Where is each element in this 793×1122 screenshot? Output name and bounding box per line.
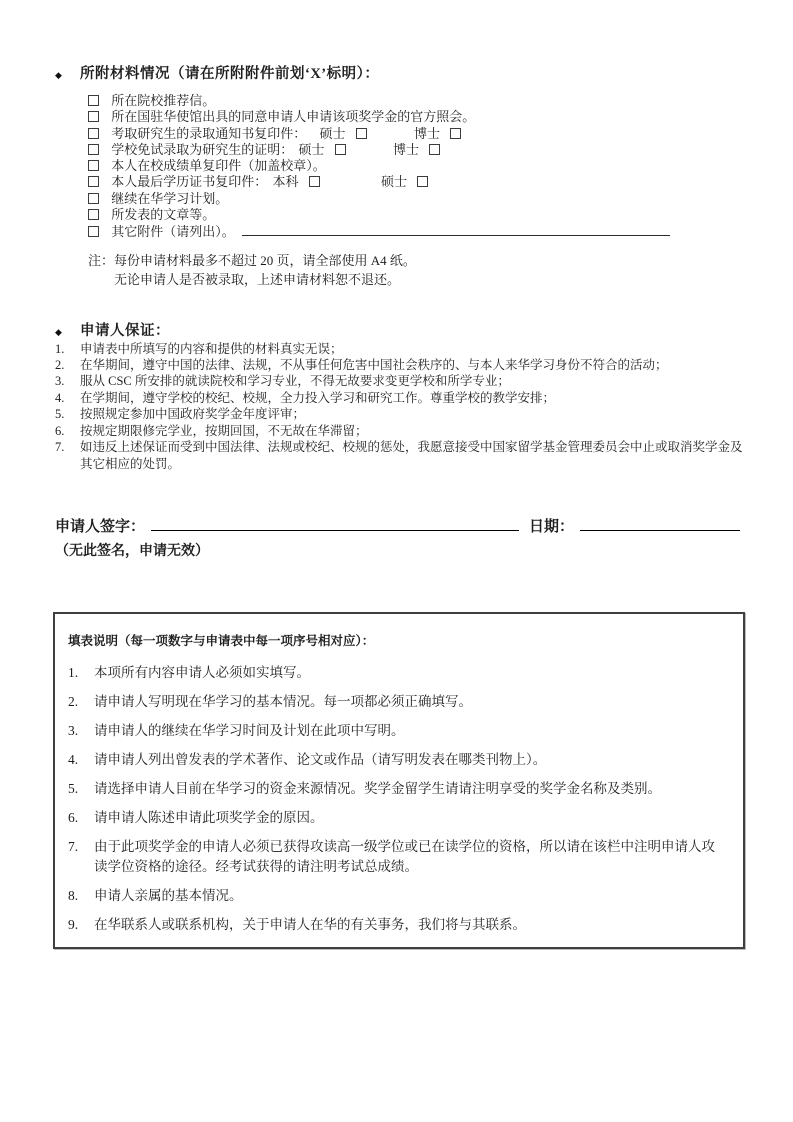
- item-number: 1.: [55, 341, 80, 357]
- diamond-bullet-icon: ◆: [55, 65, 80, 85]
- date-fill-line[interactable]: [580, 516, 740, 531]
- instruction-item: 7. 由于此项奖学金的申请人必须已获得攻读高一级学位或已在读学位的资格，所以请在…: [68, 837, 721, 877]
- attachment-row-exemption-cert: 学校免试录取为研究生的证明： 硕士 博士: [88, 142, 745, 158]
- guarantee-item: 7. 如违反上述保证而受到中国法律、法规或校纪、校规的惩处，我愿意接受中国家留学…: [55, 439, 745, 472]
- instruction-item: 4. 请申请人列出曾发表的学术著作、论文或作品（请写明发表在哪类刊物上）。: [68, 750, 721, 770]
- item-number: 5.: [55, 406, 80, 422]
- attachments-title: 所附材料情况（请在所附附件前划‘X’标明）：: [80, 64, 379, 84]
- note-line-2: 无论申请人是否被录取，上述申请材料恕不退还。: [114, 270, 416, 290]
- instruction-item: 5. 请选择申请人目前在华学习的资金来源情况。奖学金留学生请请注明享受的奖学金名…: [68, 779, 721, 799]
- item-number: 7.: [55, 439, 80, 472]
- instruction-item: 2. 请申请人写明现在华学习的基本情况。每一项都必须正确填写。: [68, 692, 721, 712]
- checkbox-degree-master[interactable]: [417, 176, 428, 187]
- sub-option-doctor-label: 博士: [414, 126, 440, 141]
- checkbox-study-plan[interactable]: [88, 193, 99, 204]
- checkbox-admission-doctor[interactable]: [450, 128, 461, 139]
- attachment-row-degree-cert: 本人最后学历证书复印件： 本科 硕士: [88, 174, 745, 190]
- item-text: 本项所有内容申请人必须如实填写。: [94, 663, 721, 683]
- instruction-item: 9. 在华联系人或联系机构，关于申请人在华的有关事务，我们将与其联系。: [68, 915, 721, 935]
- guarantee-item: 6. 按规定期限修完学业，按期回国，不无故在华滞留；: [55, 423, 745, 439]
- diamond-bullet-icon: ◆: [55, 323, 80, 341]
- attachment-label: 学校免试录取为研究生的证明：: [111, 142, 293, 157]
- document-page: ◆ 所附材料情况（请在所附附件前划‘X’标明）： 所在院校推荐信。 所在国驻华使…: [0, 0, 793, 1122]
- instructions-title: 填表说明（每一项数字与申请表中每一项序号相对应）：: [68, 632, 721, 650]
- item-number: 9.: [68, 915, 94, 935]
- guarantee-item: 2. 在华期间，遵守中国的法律、法规，不从事任何危害中国社会秩序的、与本人来华学…: [55, 357, 745, 373]
- attachment-row-admission-notice: 考取研究生的录取通知书复印件： 硕士 博士: [88, 126, 745, 142]
- item-text: 服从 CSC 所安排的就读院校和学习专业，不得无故要求变更学校和所学专业；: [80, 373, 745, 389]
- checkbox-exemption-master[interactable]: [335, 144, 346, 155]
- attachment-label: 本人在校成绩单复印件（加盖校章）。: [111, 158, 326, 173]
- attachment-label: 所在国驻华使馆出具的同意申请人申请该项奖学金的官方照会。: [111, 109, 475, 124]
- instruction-item: 6. 请申请人陈述申请此项奖学金的原因。: [68, 808, 721, 828]
- item-number: 8.: [68, 886, 94, 906]
- item-number: 2.: [68, 692, 94, 712]
- sub-option-master-label: 硕士: [299, 142, 325, 157]
- checkbox-embassy-note[interactable]: [88, 111, 99, 122]
- guarantee-section: ◆ 申请人保证： 1. 申请表中所填写的内容和提供的材料真实无误； 2. 在华期…: [55, 322, 745, 472]
- note-label: 注：: [88, 251, 114, 290]
- item-text: 在学期间，遵守学校的校纪、校规，全力投入学习和研究工作。尊重学校的教学安排；: [80, 390, 745, 406]
- attachment-row-embassy-note: 所在国驻华使馆出具的同意申请人申请该项奖学金的官方照会。: [88, 109, 745, 125]
- attachments-section: ◆ 所附材料情况（请在所附附件前划‘X’标明）： 所在院校推荐信。 所在国驻华使…: [55, 64, 745, 290]
- sub-option-master-label: 硕士: [320, 126, 346, 141]
- item-number: 3.: [68, 721, 94, 741]
- checkbox-exemption-cert[interactable]: [88, 144, 99, 155]
- item-text: 请选择申请人目前在华学习的资金来源情况。奖学金留学生请请注明享受的奖学金名称及类…: [94, 779, 721, 799]
- checkbox-admission-master[interactable]: [356, 128, 367, 139]
- signature-block: 申请人签字：日期：: [55, 516, 745, 538]
- instruction-item: 8. 申请人亲属的基本情况。: [68, 886, 721, 906]
- guarantee-list: 1. 申请表中所填写的内容和提供的材料真实无误； 2. 在华期间，遵守中国的法律…: [55, 341, 745, 472]
- guarantee-item: 5. 按照规定参加中国政府奖学金年度评审；: [55, 406, 745, 422]
- item-number: 4.: [68, 750, 94, 770]
- item-number: 2.: [55, 357, 80, 373]
- item-text: 按规定期限修完学业，按期回国，不无故在华滞留；: [80, 423, 745, 439]
- checkbox-transcript[interactable]: [88, 160, 99, 171]
- item-text: 申请表中所填写的内容和提供的材料真实无误；: [80, 341, 745, 357]
- checkbox-exemption-doctor[interactable]: [429, 144, 440, 155]
- item-text: 请申请人写明现在华学习的基本情况。每一项都必须正确填写。: [94, 692, 721, 712]
- guarantee-item: 1. 申请表中所填写的内容和提供的材料真实无误；: [55, 341, 745, 357]
- attachment-row-other: 其它附件（请列出）。: [88, 223, 745, 240]
- attachment-row-study-plan: 继续在华学习计划。: [88, 191, 745, 207]
- attachment-row-transcript: 本人在校成绩单复印件（加盖校章）。: [88, 158, 745, 174]
- note-line-1: 每份申请材料最多不超过 20 页，请全部使用 A4 纸。: [114, 251, 416, 271]
- guarantee-item: 3. 服从 CSC 所安排的就读院校和学习专业，不得无故要求变更学校和所学专业；: [55, 373, 745, 389]
- other-attachments-fill-line[interactable]: [242, 223, 670, 236]
- attachment-label: 本人最后学历证书复印件：: [111, 174, 267, 189]
- attachment-label: 所在院校推荐信。: [111, 93, 215, 108]
- attachments-note: 注： 每份申请材料最多不超过 20 页，请全部使用 A4 纸。 无论申请人是否被…: [88, 251, 745, 290]
- checkbox-other-attachments[interactable]: [88, 226, 99, 237]
- item-number: 6.: [55, 423, 80, 439]
- checkbox-recommendation-letter[interactable]: [88, 95, 99, 106]
- attachment-label: 所发表的文章等。: [111, 207, 215, 222]
- checkbox-degree-bachelor[interactable]: [309, 176, 320, 187]
- signature-label: 申请人签字：: [55, 518, 145, 535]
- instruction-item: 3. 请申请人的继续在华学习时间及计划在此项中写明。: [68, 721, 721, 741]
- item-text: 在华期间，遵守中国的法律、法规，不从事任何危害中国社会秩序的、与本人来华学习身份…: [80, 357, 745, 373]
- instruction-item: 1. 本项所有内容申请人必须如实填写。: [68, 663, 721, 683]
- attachment-label: 考取研究生的录取通知书复印件：: [111, 126, 306, 141]
- item-text: 由于此项奖学金的申请人必须已获得攻读高一级学位或已在读学位的资格，所以请在该栏中…: [94, 837, 721, 877]
- item-text: 按照规定参加中国政府奖学金年度评审；: [80, 406, 745, 422]
- sub-option-doctor-label: 博士: [393, 142, 419, 157]
- date-label: 日期：: [529, 518, 574, 535]
- item-text: 请申请人陈述申请此项奖学金的原因。: [94, 808, 721, 828]
- item-text: 如违反上述保证而受到中国法律、法规或校纪、校规的惩处，我愿意接受中国家留学基金管…: [80, 439, 745, 472]
- item-text: 请申请人的继续在华学习时间及计划在此项中写明。: [94, 721, 721, 741]
- sub-option-bachelor-label: 本科: [273, 174, 299, 189]
- attachment-row-publications: 所发表的文章等。: [88, 207, 745, 223]
- attachments-checklist: 所在院校推荐信。 所在国驻华使馆出具的同意申请人申请该项奖学金的官方照会。 考取…: [88, 93, 745, 241]
- guarantee-title: 申请人保证：: [80, 322, 170, 340]
- signature-fill-line[interactable]: [151, 516, 519, 531]
- attachment-label: 继续在华学习计划。: [111, 191, 228, 206]
- attachment-label: 其它附件（请列出）。: [111, 224, 235, 239]
- attachment-row-recommendation: 所在院校推荐信。: [88, 93, 745, 109]
- item-text: 在华联系人或联系机构，关于申请人在华的有关事务，我们将与其联系。: [94, 915, 721, 935]
- item-number: 1.: [68, 663, 94, 683]
- item-number: 3.: [55, 373, 80, 389]
- item-number: 6.: [68, 808, 94, 828]
- sub-option-master-label: 硕士: [381, 174, 407, 189]
- checkbox-degree-cert[interactable]: [88, 176, 99, 187]
- form-instructions-box: 填表说明（每一项数字与申请表中每一项序号相对应）： 1. 本项所有内容申请人必须…: [53, 612, 745, 949]
- item-number: 5.: [68, 779, 94, 799]
- item-number: 4.: [55, 390, 80, 406]
- item-text: 请申请人列出曾发表的学术著作、论文或作品（请写明发表在哪类刊物上）。: [94, 750, 721, 770]
- item-text: 申请人亲属的基本情况。: [94, 886, 721, 906]
- checkbox-admission-notice[interactable]: [88, 128, 99, 139]
- guarantee-item: 4. 在学期间，遵守学校的校纪、校规，全力投入学习和研究工作。尊重学校的教学安排…: [55, 390, 745, 406]
- signature-required-note: （无此签名，申请无效）: [55, 540, 745, 560]
- item-number: 7.: [68, 837, 94, 877]
- checkbox-publications[interactable]: [88, 209, 99, 220]
